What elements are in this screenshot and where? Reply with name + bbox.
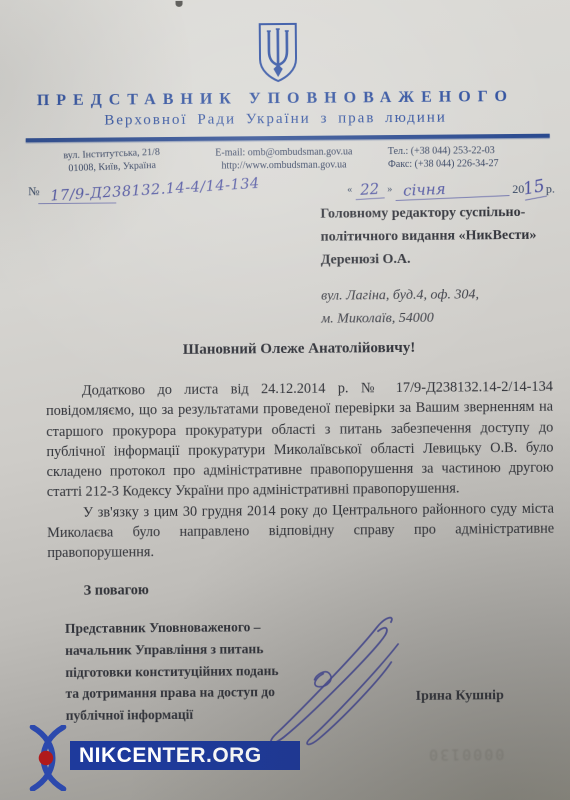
letterhead-subtitle: Верховної Ради України з прав людини: [0, 109, 554, 131]
recipient-line-2: політичного видання «НикВести»: [320, 224, 550, 249]
reference-number-handwritten: 17/9-Д238132.14-4/14-134: [50, 176, 260, 205]
recipient-address-block: вул. Лагіна, буд.4, оф. 304, м. Миколаїв…: [321, 283, 551, 331]
letterhead-title: ПРЕДСТАВНИК УПОВНОВАЖЕНОГО: [0, 88, 553, 111]
paragraph-1: Додатково до листа від 24.12.2014 р. № 1…: [46, 377, 554, 503]
closing-phrase: З повагою: [48, 576, 555, 601]
recipient-address-2: м. Миколаїв, 54000: [321, 306, 551, 331]
date-month-handwritten: січня: [395, 177, 510, 201]
paragraph-2: У зв'язку з цим 30 грудня 2014 року до Ц…: [47, 498, 555, 563]
reference-number-label: №: [28, 184, 40, 198]
letter-content: ПРЕДСТАВНИК УПОВНОВАЖЕНОГО Верховної Рад…: [0, 0, 570, 800]
recipient-line-3: Деренюзі О.А.: [321, 247, 551, 272]
date-year-suffix: р.: [546, 182, 555, 196]
reference-number-line: № 17/9-Д238132.14-4/14-134: [28, 181, 260, 199]
date-year-handwritten: 15: [522, 176, 547, 201]
paper-speck: [176, 1, 183, 7]
letter-body: Додатково до листа від 24.12.2014 р. № 1…: [46, 377, 555, 601]
contact-address: вул. Інститутська, 21/8 01008, Київ, Укр…: [36, 146, 189, 177]
reference-underline: [38, 202, 116, 204]
date-line: « 22 » січня 2015р.: [347, 178, 555, 201]
contact-web: E-mail: omb@ombudsman.gov.ua http://www.…: [196, 146, 372, 173]
contact-email: E-mail: omb@ombudsman.gov.ua: [196, 146, 372, 160]
recipient-address-1: вул. Лагіна, буд.4, оф. 304,: [321, 283, 551, 308]
recipient-block: Головному редактору суспільно- політично…: [320, 201, 551, 272]
date-day-handwritten: 22: [355, 179, 385, 200]
contact-phones: Тел.: (+38 044) 253-22-03 Факс: (+38 044…: [382, 145, 554, 172]
date-quote-close: »: [387, 184, 392, 195]
trident-emblem-icon: [255, 21, 302, 83]
salutation: Шановний Олеже Анатолійовичу!: [45, 339, 552, 360]
contact-website: http://www.ombudsman.gov.ua: [196, 159, 372, 173]
header-divider-rule: [26, 134, 550, 143]
contact-fax: Факс: (+38 044) 226-34-27: [388, 157, 554, 171]
scanned-letter-photo: ПРЕДСТАВНИК УПОВНОВАЖЕНОГО Верховної Рад…: [0, 0, 570, 800]
handwritten-signature-icon: [257, 610, 410, 749]
recipient-line-1: Головному редактору суспільно-: [320, 201, 550, 226]
stamp-number: 0000130: [427, 745, 504, 764]
signer-name: Ірина Кушнір: [416, 688, 504, 705]
date-quote-open: «: [347, 184, 352, 195]
